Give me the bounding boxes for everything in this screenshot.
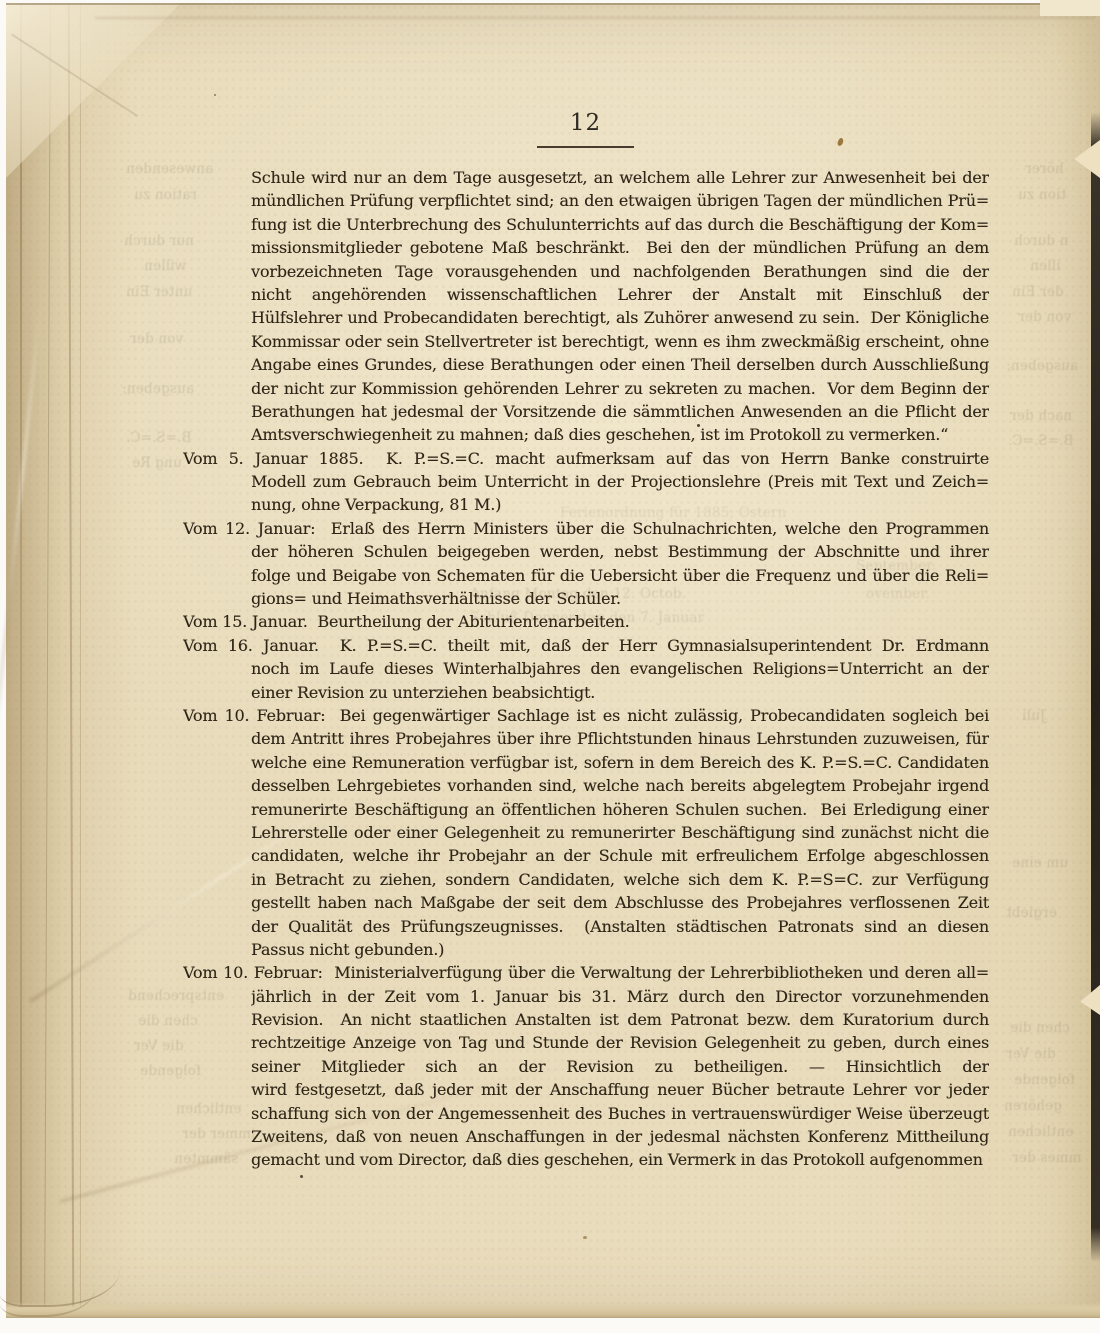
body-text: Schule wird nur an dem Tage ausgesetzt, … (183, 166, 989, 1172)
paper-tear (1040, 0, 1100, 16)
text-line: Amtsverschwiegenheit zu mahnen; daß dies… (251, 423, 989, 446)
text-line: Vom 12. Januar: Erlaß des Herrn Minister… (183, 517, 989, 540)
page-number: 12 (537, 110, 634, 136)
text-line: nicht angehörenden wissenschaftlichen Le… (251, 283, 989, 306)
text-line: Vom 16. Januar. K. P.=S.=C. theilt mit, … (183, 634, 989, 657)
text-line: welche eine Remuneration verfügbar ist, … (251, 751, 989, 774)
text-line: Vom 15. Januar. Beurtheilung der Abituri… (183, 610, 989, 633)
text-line: folge und Beigabe von Schematen für die … (251, 564, 989, 587)
text-line: der Qualität des Prüfungszeugnisses. (An… (251, 915, 989, 938)
page-edge-line (80, 3, 81, 1315)
text-line: schaffung sich von der Angemessenheit de… (251, 1102, 989, 1125)
text-line: Modell zum Gebrauch beim Unterricht in d… (251, 470, 989, 493)
text-line: gestellt haben nach Maßgabe der seit dem… (251, 891, 989, 914)
text-line: nung, ohne Verpackung, 81 M.) (251, 493, 989, 516)
top-page-edge (6, 3, 1100, 5)
text-line: einer Revision zu unterziehen beabsichti… (251, 681, 989, 704)
scanned-document-page: anwesendenration zunur durchwillenunter … (0, 0, 1100, 1333)
text-line: Schule wird nur an dem Tage ausgesetzt, … (251, 166, 989, 189)
text-line: rechtzeitige Anzeige von Tag und Stunde … (251, 1031, 989, 1054)
text-line: wird festgesetzt, daß jeder mit der Ansc… (251, 1078, 989, 1101)
paper-speck (300, 1175, 303, 1178)
text-line: candidaten, welche ihr Probejahr an der … (251, 844, 989, 867)
under-sheet-edge (6, 1302, 1100, 1318)
text-line: Lehrerstelle oder einer Gelegenheit zu r… (251, 821, 989, 844)
text-line: missionsmitglieder gebotene Maß beschrän… (251, 236, 989, 259)
text-line: Angabe eines Grundes, diese Berathungen … (251, 353, 989, 376)
text-line: in Betracht zu ziehen, sondern Candidate… (251, 868, 989, 891)
text-line: Vom 10. Februar: Ministerialverfügung üb… (183, 961, 989, 984)
text-line: Kommissar oder sein Stellvertreter ist b… (251, 330, 989, 353)
text-line: der nicht zur Kommission gehörenden Lehr… (251, 377, 989, 400)
text-line: fung ist die Unterbrechung des Schulunte… (251, 213, 989, 236)
text-line: der höheren Schulen beigegeben werden, n… (251, 540, 989, 563)
text-line: desselben Lehrgebietes vorhanden sind, w… (251, 774, 989, 797)
text-line: seiner Mitglieder sich an der Revision z… (251, 1055, 989, 1078)
paper-crease (95, 17, 1095, 19)
text-line: Vom 5. Januar 1885. K. P.=S.=C. macht au… (183, 447, 989, 470)
scan-edge-shadow (1091, 112, 1100, 1262)
text-line: Zweitens, daß von neuen Anschaffungen in… (251, 1125, 989, 1148)
page-number-rule (537, 146, 634, 148)
paper-speck (583, 1236, 587, 1239)
text-line: gions= und Heimathsverhältnisse der Schü… (251, 587, 989, 610)
text-line: vorbezeichneten Tage vorausgehenden und … (251, 260, 989, 283)
text-line: Hülfslehrer und Probecandidaten berechti… (251, 306, 989, 329)
page-stack-shading (6, 3, 128, 1318)
text-line: gemacht und vom Director, daß dies gesch… (251, 1148, 989, 1171)
paper-speck (697, 424, 700, 427)
text-line: Passus nicht gebunden.) (251, 938, 989, 961)
text-line: dem Antritt ihres Probejahres über ihre … (251, 727, 989, 750)
text-line: noch im Laufe dieses Winterhalbjahres de… (251, 657, 989, 680)
text-line: remunerirte Beschäftigung an öffentliche… (251, 798, 989, 821)
text-line: jährlich in der Zeit vom 1. Januar bis 3… (251, 985, 989, 1008)
text-line: Revision. An nicht staatlichen Anstalten… (251, 1008, 989, 1031)
paper-speck (214, 94, 216, 96)
text-line: Vom 10. Februar: Bei gegenwärtiger Sachl… (183, 704, 989, 727)
page-edge-line (20, 3, 22, 1315)
text-line: Berathungen hat jedesmal der Vorsitzende… (251, 400, 989, 423)
text-line: mündlichen Prüfung verpflichtet sind; an… (251, 189, 989, 212)
